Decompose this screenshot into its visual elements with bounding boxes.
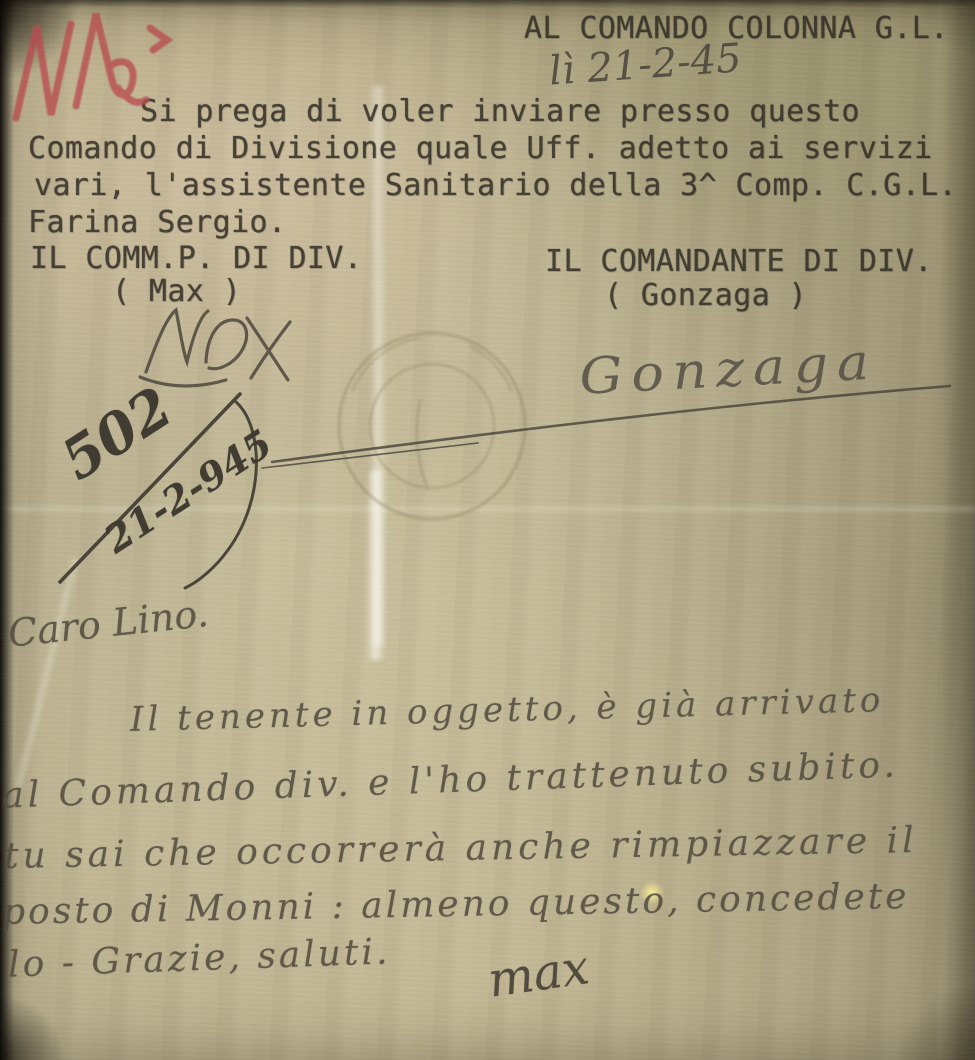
note-line-3: tu sai che occorrerà anche rimpiazzare i… xyxy=(4,820,918,877)
note-line-1: Il tenente in oggetto, è già arrivato xyxy=(130,680,885,740)
note-line-4: posto di Monni : almeno questo, concedet… xyxy=(2,876,910,933)
note-salutation: Caro Lino. xyxy=(6,591,211,656)
left-signature-name: ( Max ) xyxy=(112,277,241,307)
protocol-number: 502 xyxy=(50,374,184,493)
vertical-crease-bright xyxy=(366,470,386,660)
left-signature-title: IL COMM.P. DI DIV. xyxy=(30,244,362,274)
note-line-5: lo - Grazie, saluti. xyxy=(7,931,391,985)
note-signature-max: max xyxy=(485,939,593,1009)
diagonal-crease xyxy=(14,557,81,787)
gonzaga-script-signature: Gonzaga xyxy=(578,332,879,406)
right-signature-title: IL COMANDANTE DI DIV. xyxy=(545,247,933,277)
note-line-2: al Comando div. e l'ho trattenuto subito… xyxy=(2,744,900,816)
body-line-1: Si prega di voler inviare presso questo xyxy=(140,97,860,127)
body-line-3: vari, l'assistente Sanitario della 3^ Co… xyxy=(34,171,957,201)
body-line-2: Comando di Divisione quale Uff. adetto a… xyxy=(28,134,933,164)
ink-stamp xyxy=(339,333,525,519)
right-signature-name: ( Gonzaga ) xyxy=(604,281,807,311)
document-photo: AL COMANDO COLONNA G.L. lì 21-2-45 Si pr… xyxy=(0,0,975,1060)
body-line-4: Farina Sergio. xyxy=(28,208,286,238)
max-pencil-signature xyxy=(140,310,290,386)
